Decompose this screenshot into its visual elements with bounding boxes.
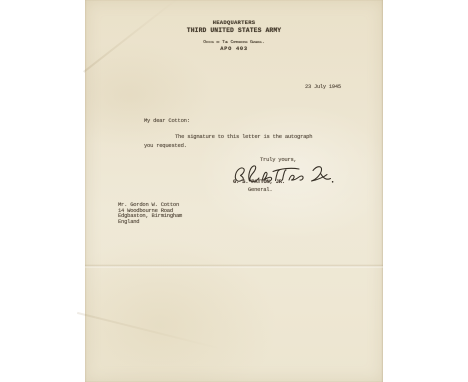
salutation: My dear Cotton: — [144, 118, 190, 124]
body-text-line-1: The signature to this letter is the auto… — [175, 134, 312, 140]
body-text-line-2: you requested. — [144, 143, 187, 149]
letterhead-headquarters: HEADQUARTERS — [85, 20, 383, 26]
scan-background: HEADQUARTERS THIRD UNITED STATES ARMY Of… — [0, 0, 468, 382]
letterhead-army-name: THIRD UNITED STATES ARMY — [85, 28, 383, 34]
date-line: 23 July 1945 — [305, 84, 341, 90]
letterhead-office-line: Office of The Commanding General. — [85, 40, 383, 46]
paper-crease-bottom-left — [77, 312, 223, 350]
letter-paper: HEADQUARTERS THIRD UNITED STATES ARMY Of… — [85, 0, 383, 382]
paper-fold-crease — [85, 264, 383, 268]
letterhead-apo: APO 403 — [85, 46, 383, 52]
typed-signature-name: G. S. PATTON, JR. — [233, 179, 285, 185]
paper-crease-top-left — [83, 0, 179, 73]
recipient-country: England — [118, 219, 139, 225]
typed-rank: General. — [248, 187, 272, 193]
